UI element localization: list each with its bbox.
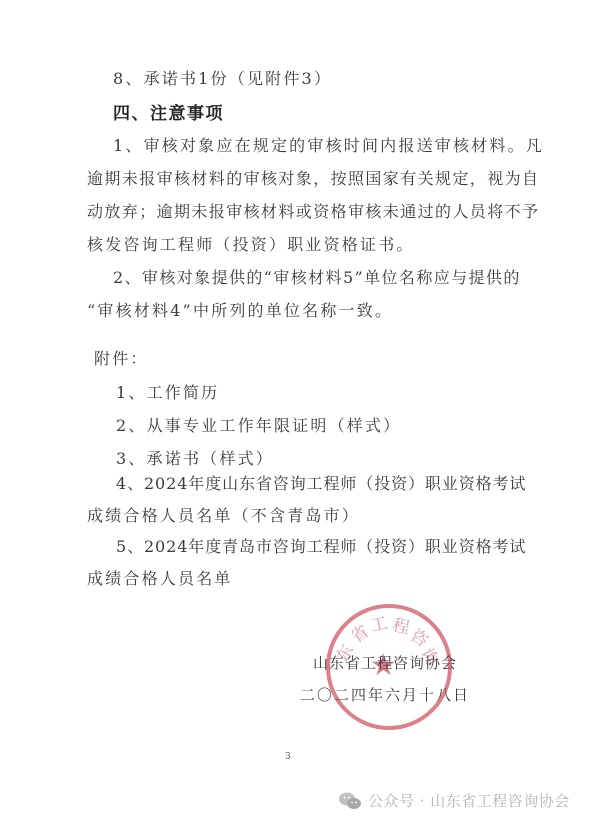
attachment-1: 1、工作简历 bbox=[116, 380, 219, 403]
section-heading-notes: 四、注意事项 bbox=[113, 99, 224, 124]
signature-date: 二〇二四年六月十八日 bbox=[300, 684, 470, 705]
attachment-3: 3、承诺书（样式） bbox=[116, 446, 274, 469]
point-2-line-2: “审核材料4”中所列的单位名称一致。 bbox=[87, 298, 393, 321]
point-1-line-1: 1、审核对象应在规定的审核时间内报送审核材料。凡 bbox=[113, 133, 544, 156]
watermark-text: 公众号 · 山东省工程咨询协会 bbox=[368, 790, 570, 811]
point-1-line-2: 逾期未报审核材料的审核对象，按照国家有关规定，视为自 bbox=[87, 166, 539, 189]
wechat-icon bbox=[338, 791, 362, 811]
point-2-line-1: 2、审核对象提供的“审核材料5”单位名称应与提供的 bbox=[113, 265, 521, 288]
signature-organization: 山东省工程咨询协会 bbox=[313, 652, 457, 673]
point-1-line-4: 核发咨询工程师（投资）职业资格证书。 bbox=[87, 232, 415, 255]
item-8: 8、承诺书1份（见附件3） bbox=[113, 66, 332, 89]
attachment-5-line-1: 5、2024年度青岛市咨询工程师（投资）职业资格考试 bbox=[116, 534, 526, 557]
point-1-line-3: 动放弃；逾期未报审核材料或资格审核未通过的人员将不予 bbox=[87, 199, 539, 222]
attachment-4-line-2: 成绩合格人员名单（不含青岛市） bbox=[87, 503, 360, 526]
attachment-2: 2、从事专业工作年限证明（样式） bbox=[116, 413, 401, 436]
attachment-4-line-1: 4、2024年度山东省咨询工程师（投资）职业资格考试 bbox=[116, 471, 526, 494]
attachments-label: 附件： bbox=[94, 346, 149, 369]
attachment-5-line-2: 成绩合格人员名单 bbox=[87, 566, 233, 589]
page-number: 3 bbox=[285, 752, 291, 762]
wechat-watermark: 公众号 · 山东省工程咨询协会 bbox=[338, 790, 570, 811]
